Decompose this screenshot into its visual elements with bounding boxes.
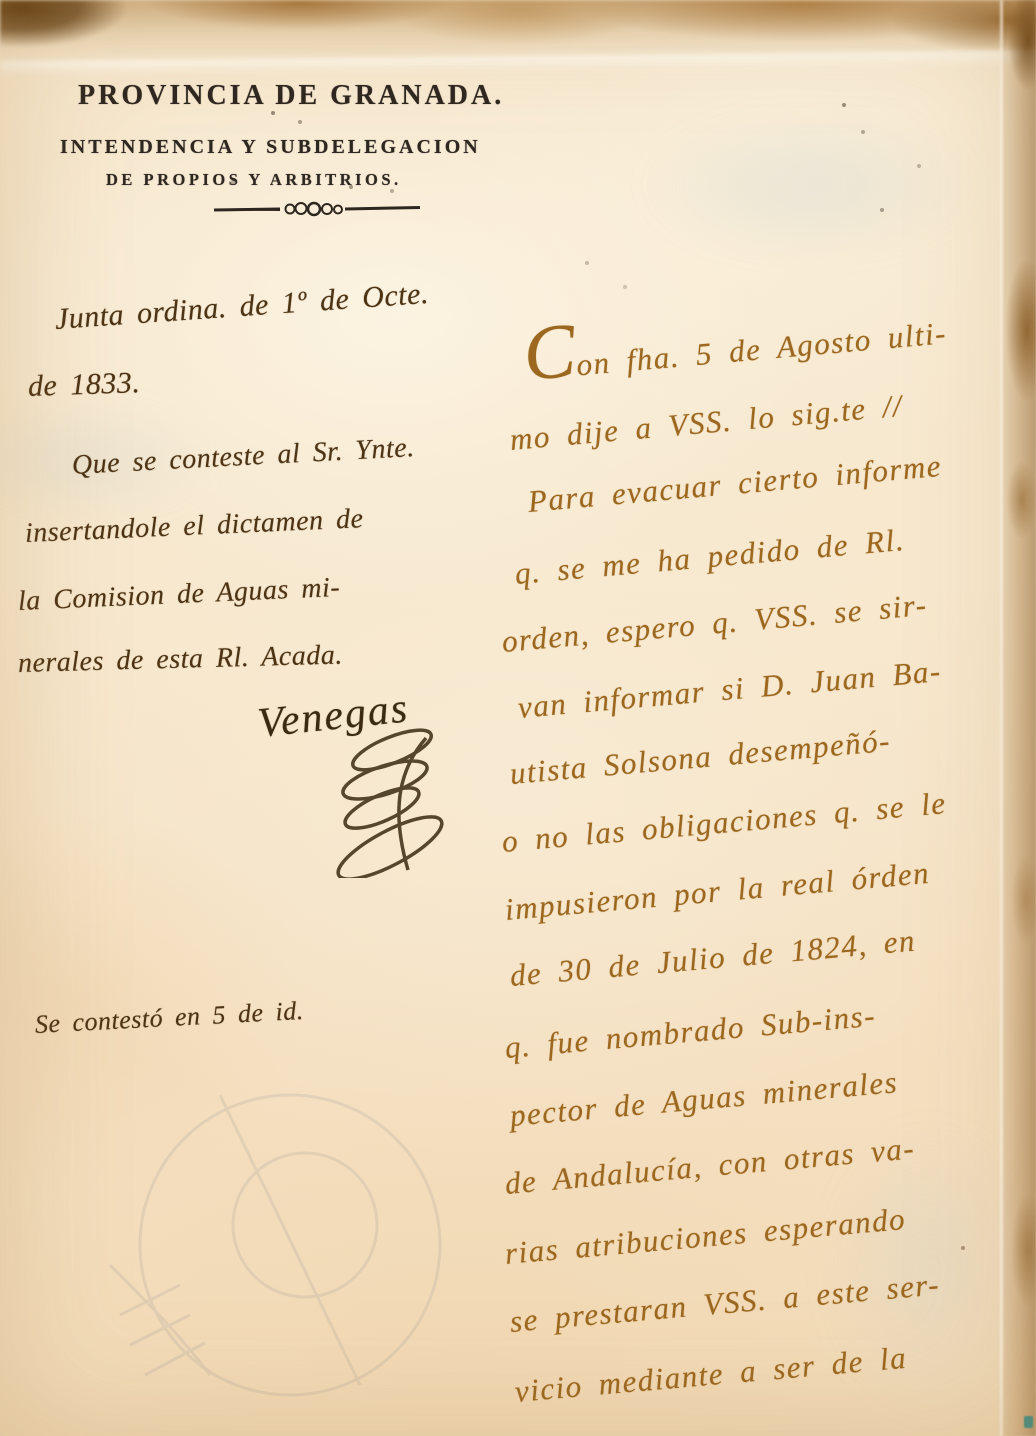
letter-line: orden, espero q. VSS. se sir-	[500, 587, 928, 660]
letter-line: o no las obligaciones q. se le	[500, 785, 947, 860]
letter-line: mo dije a VSS. lo sig.te //	[508, 388, 904, 458]
letterhead-department-line: DE PROPIOS Y ARBITRIOS.	[106, 170, 402, 190]
letter-line: van informar si D. Juan Ba-	[516, 653, 943, 726]
reply-note: Se contestó en 5 de id.	[34, 996, 304, 1040]
letter-line: Para evacuar cierto informe	[526, 448, 943, 520]
ink-speckles	[0, 0, 2, 2]
letter-line: utista Solsona desempeñó-	[508, 723, 892, 792]
pencil-circles-sketch	[90, 1075, 490, 1415]
binding-edge-stain	[1002, 0, 1036, 1436]
letterhead-office-line: INTENDENCIA Y SUBDELEGACION	[60, 136, 481, 159]
session-note-line: de 1833.	[27, 366, 140, 404]
teal-corner-mark	[1024, 1416, 1033, 1428]
resolution-note-line: la Comision de Aguas mi-	[17, 572, 340, 618]
letter-line: de 30 de Julio de 1824, en	[508, 923, 917, 994]
letter-line: q. se me ha pedido de Rl.	[513, 522, 906, 592]
top-edge-stain	[0, 0, 1036, 60]
session-note-line: Junta ordina. de 1º de Octe.	[54, 277, 430, 337]
page-edge-line	[1000, 0, 1003, 1436]
letterhead-province-title: PROVINCIA DE GRANADA.	[78, 80, 504, 112]
signature-rubric-flourish	[330, 728, 470, 878]
resolution-note-line: nerales de esta Rl. Acada.	[18, 640, 344, 680]
paper-sheen-patch	[640, 110, 980, 260]
ornament-divider	[214, 200, 420, 218]
manuscript-page: { "page": { "description": "Scanned 1833…	[0, 0, 1036, 1436]
letter-line: q. fue nombrado Sub-ins-	[503, 998, 877, 1066]
letter-line: impusieron por la real órden	[503, 855, 931, 928]
letter-line: Con fha. 5 de Agosto ulti-	[523, 315, 948, 388]
